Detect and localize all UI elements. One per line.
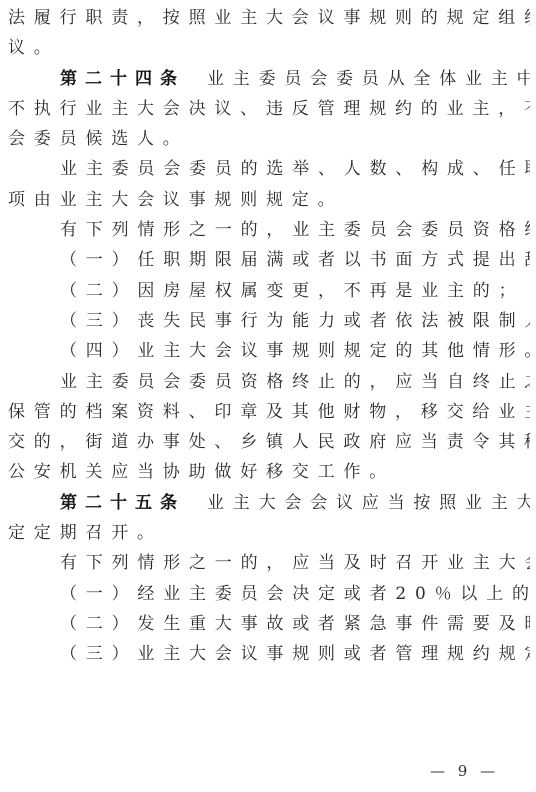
list-item-4: （四）业主大会议事规则规定的其他情形。 <box>8 336 530 366</box>
article-number: 第二十四条 <box>60 69 185 89</box>
line-text: （二）因房屋权属变更，不再是业主的； <box>60 281 524 301</box>
text-line-7: 项由业主大会议事规则规定。 <box>8 185 530 215</box>
text-line-4: 不执行业主大会决议、违反管理规约的业主，不能作为业主委员 <box>8 94 530 124</box>
list-item-5: （一）经业主委员会决定或者20％以上的业主提议； <box>8 579 530 609</box>
text-line-18: 定定期召开。 <box>8 518 530 548</box>
list-item-3: （三）丧失民事行为能力或者依法被限制人身自由的； <box>8 306 530 336</box>
line-text: （四）业主大会议事规则规定的其他情形。 <box>60 341 530 361</box>
line-text: 业主大会会议应当按照业主大会议事规则的规 <box>207 493 530 513</box>
line-text: 公安机关应当协助做好移交工作。 <box>8 462 395 482</box>
list-item-7: （三）业主大会议事规则或者管理规约规定召开业主大会临 <box>8 639 530 669</box>
list-item-2: （二）因房屋权属变更，不再是业主的； <box>8 276 530 306</box>
line-text: 不执行业主大会决议、违反管理规约的业主，不能作为业主委员 <box>8 99 530 119</box>
article-number: 第二十五条 <box>60 493 185 513</box>
text-line-13: 业主委员会委员资格终止的，应当自终止之日起3日内将所 <box>8 367 530 397</box>
text-line-1: 法履行职责，按照业主大会议事规则的规定组织召开业主大会会 <box>8 3 530 33</box>
text-line-15: 交的，街道办事处、乡镇人民政府应当责令其移交，物业所在地 <box>8 427 530 457</box>
list-item-1: （一）任职期限届满或者以书面方式提出辞职的； <box>8 245 530 275</box>
line-text: （一）任职期限届满或者以书面方式提出辞职的； <box>60 250 530 270</box>
text-line-8: 有下列情形之一的，业主委员会委员资格终止： <box>8 215 530 245</box>
line-text: 有下列情形之一的，业主委员会委员资格终止： <box>60 220 530 240</box>
line-text: （一）经业主委员会决定或者20％以上的业主提议； <box>60 584 530 604</box>
line-text: 定定期召开。 <box>8 523 163 543</box>
line-text: 有下列情形之一的，应当及时召开业主大会临时会议： <box>60 553 530 573</box>
line-text: 议。 <box>8 38 60 58</box>
line-text: 业主委员会委员从全体业主中选举产生，但是 <box>207 69 530 89</box>
line-text: 业主委员会委员的选举、人数、构成、任职条件、任期等事 <box>60 159 530 179</box>
text-line-5: 会委员候选人。 <box>8 124 530 154</box>
line-text: 项由业主大会议事规则规定。 <box>8 190 343 210</box>
line-text: 交的，街道办事处、乡镇人民政府应当责令其移交，物业所在地 <box>8 432 530 452</box>
line-text: 保管的档案资料、印章及其他财物，移交给业主委员会；拒不移 <box>8 402 530 422</box>
list-item-6: （二）发生重大事故或者紧急事件需要及时处理的； <box>8 609 530 639</box>
text-line-14: 保管的档案资料、印章及其他财物，移交给业主委员会；拒不移 <box>8 397 530 427</box>
text-line-16: 公安机关应当协助做好移交工作。 <box>8 457 530 487</box>
page-number: — 9 — <box>430 762 499 780</box>
article-25-heading-line: 第二十五条业主大会会议应当按照业主大会议事规则的规 <box>8 488 530 518</box>
text-line-19: 有下列情形之一的，应当及时召开业主大会临时会议： <box>8 548 530 578</box>
article-24-heading-line: 第二十四条业主委员会委员从全体业主中选举产生，但是 <box>8 64 530 94</box>
line-text: （三）丧失民事行为能力或者依法被限制人身自由的； <box>60 311 530 331</box>
line-text: 会委员候选人。 <box>8 129 189 149</box>
text-line-2: 议。 <box>8 33 530 63</box>
line-text: 业主委员会委员资格终止的，应当自终止之日起3日内将所 <box>60 372 530 392</box>
document-page: 法履行职责，按照业主大会议事规则的规定组织召开业主大会会 议。 第二十四条业主委… <box>8 3 530 670</box>
line-text: 法履行职责，按照业主大会议事规则的规定组织召开业主大会会 <box>8 8 530 28</box>
text-line-6: 业主委员会委员的选举、人数、构成、任职条件、任期等事 <box>8 154 530 184</box>
line-text: （三）业主大会议事规则或者管理规约规定召开业主大会临 <box>60 644 530 664</box>
line-text: （二）发生重大事故或者紧急事件需要及时处理的； <box>60 614 530 634</box>
